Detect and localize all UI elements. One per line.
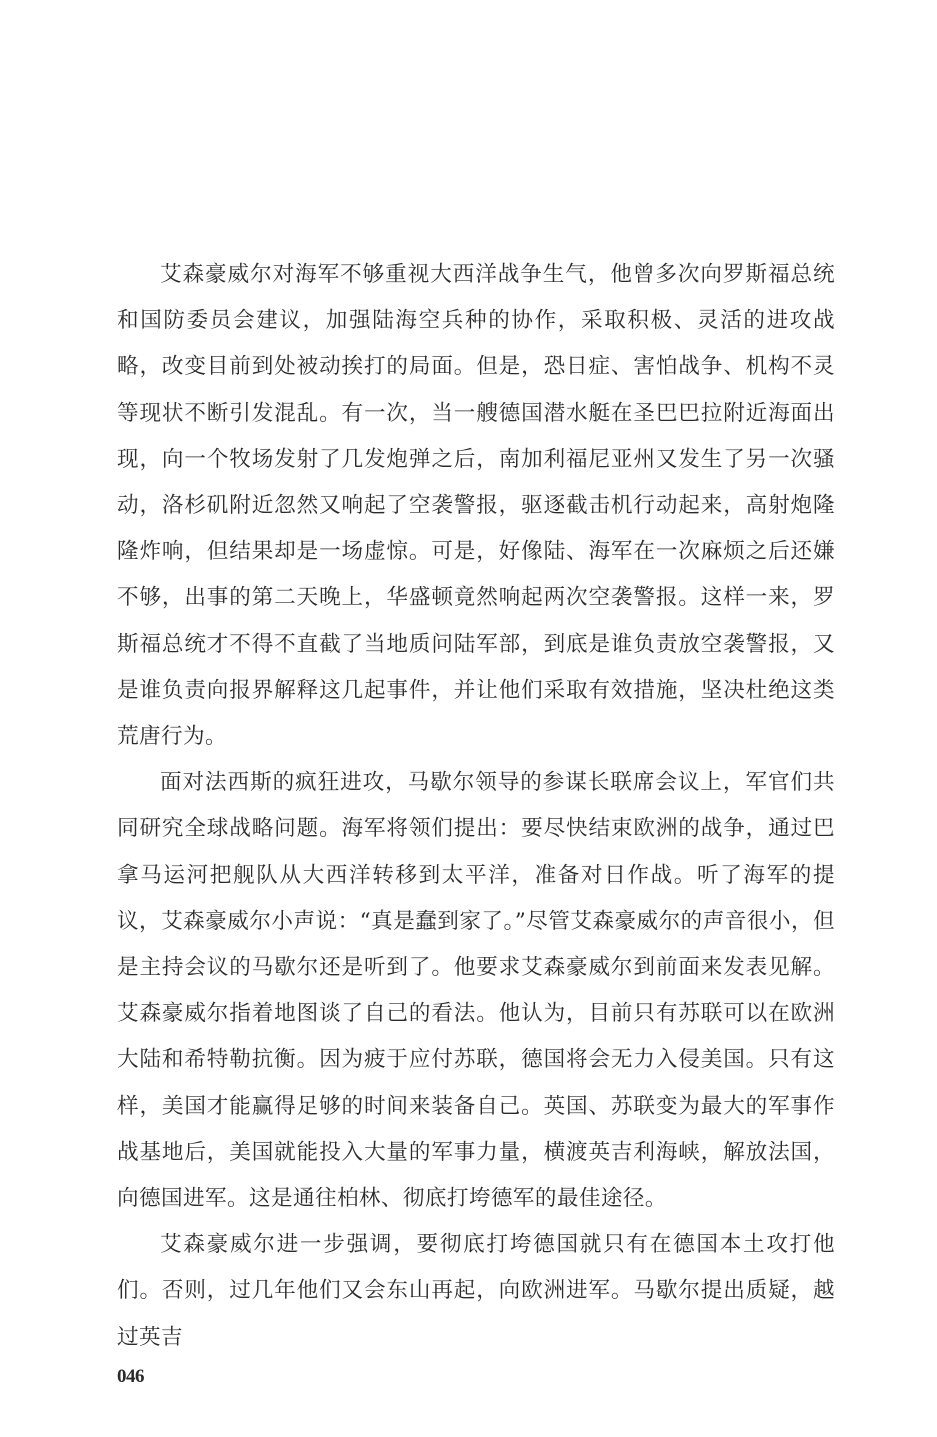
paragraph-3: 艾森豪威尔进一步强调，要彻底打垮德国就只有在德国本土攻打他们。否则，过几年他们又… (117, 1222, 835, 1361)
book-page: 艾森豪威尔对海军不够重视大西洋战争生气，他曾多次向罗斯福总统和国防委员会建议，加… (0, 0, 937, 1437)
paragraph-2: 面对法西斯的疯狂进攻，马歇尔领导的参谋长联席会议上，军官们共同研究全球战略问题。… (117, 760, 835, 1222)
paragraph-1: 艾森豪威尔对海军不够重视大西洋战争生气，他曾多次向罗斯福总统和国防委员会建议，加… (117, 252, 835, 760)
page-number: 046 (117, 1366, 144, 1388)
body-text: 艾森豪威尔对海军不够重视大西洋战争生气，他曾多次向罗斯福总统和国防委员会建议，加… (117, 252, 835, 1361)
